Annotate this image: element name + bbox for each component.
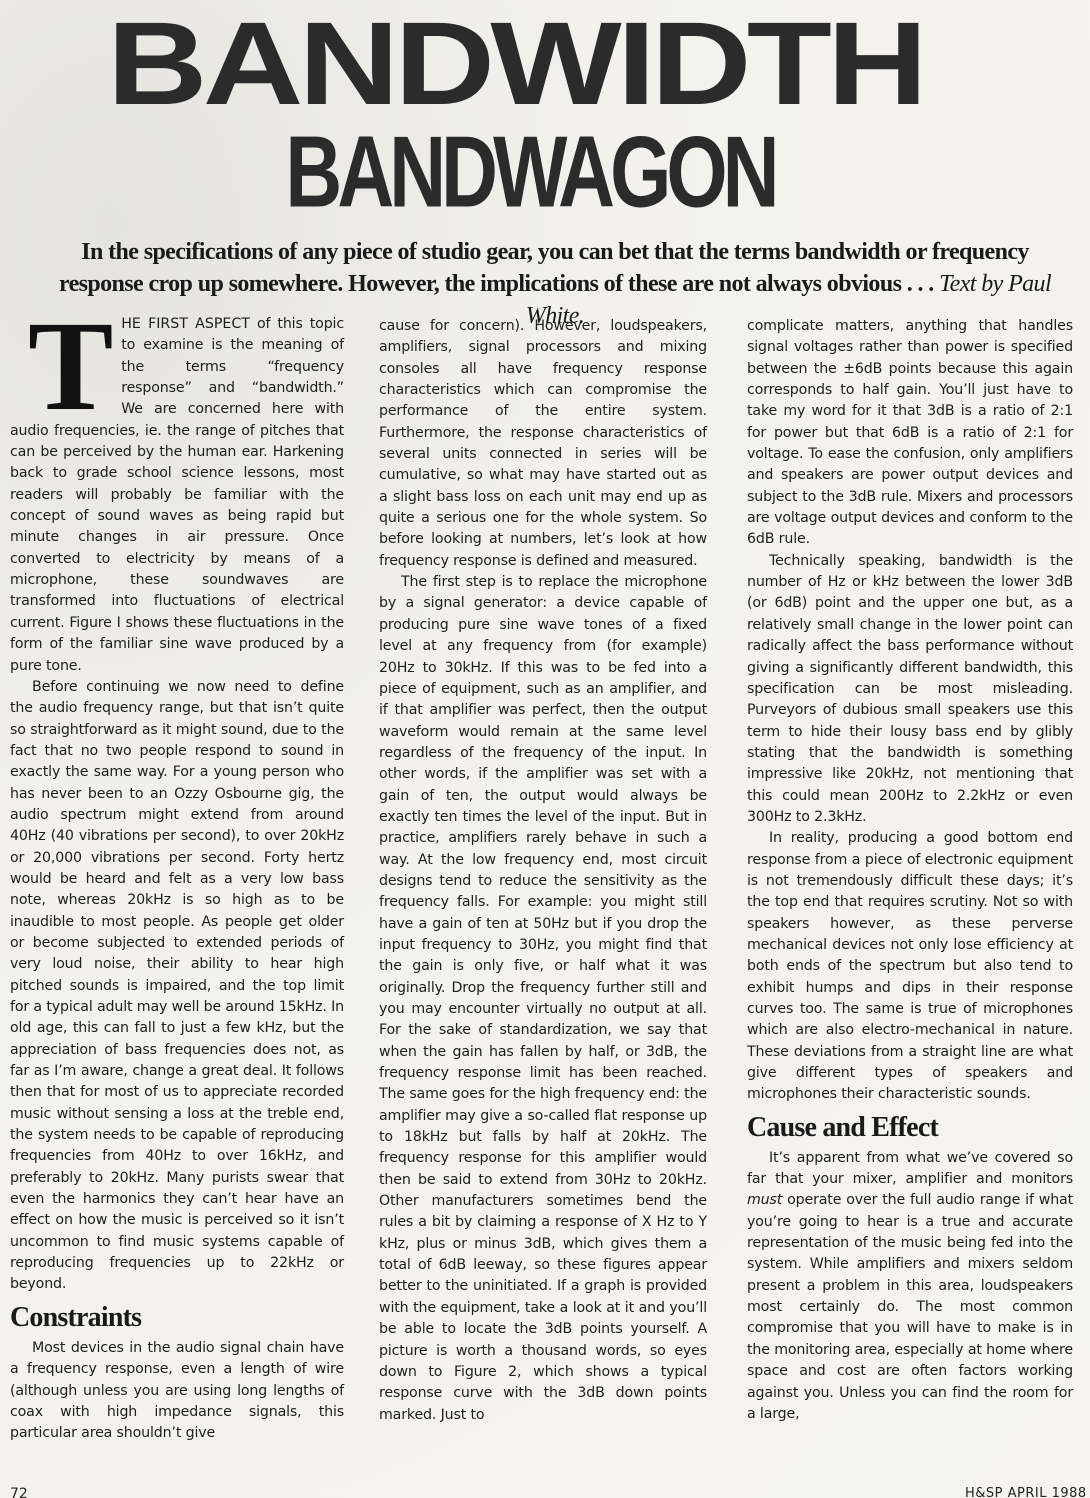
paragraph: Before continuing we now need to define …	[10, 677, 344, 1296]
paragraph: The first step is to replace the microph…	[379, 572, 707, 1426]
lead-caps: HE FIRST ASPECT	[121, 316, 250, 332]
paragraph-text: It’s apparent from what we’ve covered so…	[747, 1150, 1073, 1187]
article-column-3: complicate matters, anything that handle…	[747, 316, 1073, 1425]
paragraph: Most devices in the audio signal chain h…	[10, 1338, 344, 1445]
magazine-page: BANDWIDTH BANDWAGON In the specification…	[0, 0, 1090, 1498]
emphasis-text: must	[747, 1192, 782, 1208]
page-number: 72	[10, 1486, 28, 1498]
standfirst-text: In the specifications of any piece of st…	[59, 239, 1029, 297]
paragraph: THE FIRST ASPECT of this topic to examin…	[10, 314, 344, 677]
drop-cap: T	[28, 316, 113, 420]
paragraph: Technically speaking, bandwidth is the n…	[747, 551, 1073, 828]
headline-line-1: BANDWIDTH	[0, 14, 1064, 114]
paragraph: complicate matters, anything that handle…	[747, 316, 1073, 551]
article-column-1: THE FIRST ASPECT of this topic to examin…	[10, 314, 344, 1445]
headline-line-2: BANDWAGON	[202, 126, 858, 221]
paragraph: It’s apparent from what we’ve covered so…	[747, 1148, 1073, 1425]
paragraph: cause for concern). However, loudspeaker…	[379, 316, 707, 572]
publication-footer: H&SP APRIL 1988	[965, 1486, 1087, 1498]
paragraph-text: operate over the full audio range if wha…	[747, 1192, 1073, 1421]
subheading-constraints: Constraints	[10, 1300, 344, 1336]
paragraph: In reality, producing a good bottom end …	[747, 828, 1073, 1105]
article-column-2: cause for concern). However, loudspeaker…	[379, 316, 707, 1426]
subheading-cause-and-effect: Cause and Effect	[747, 1110, 1073, 1146]
